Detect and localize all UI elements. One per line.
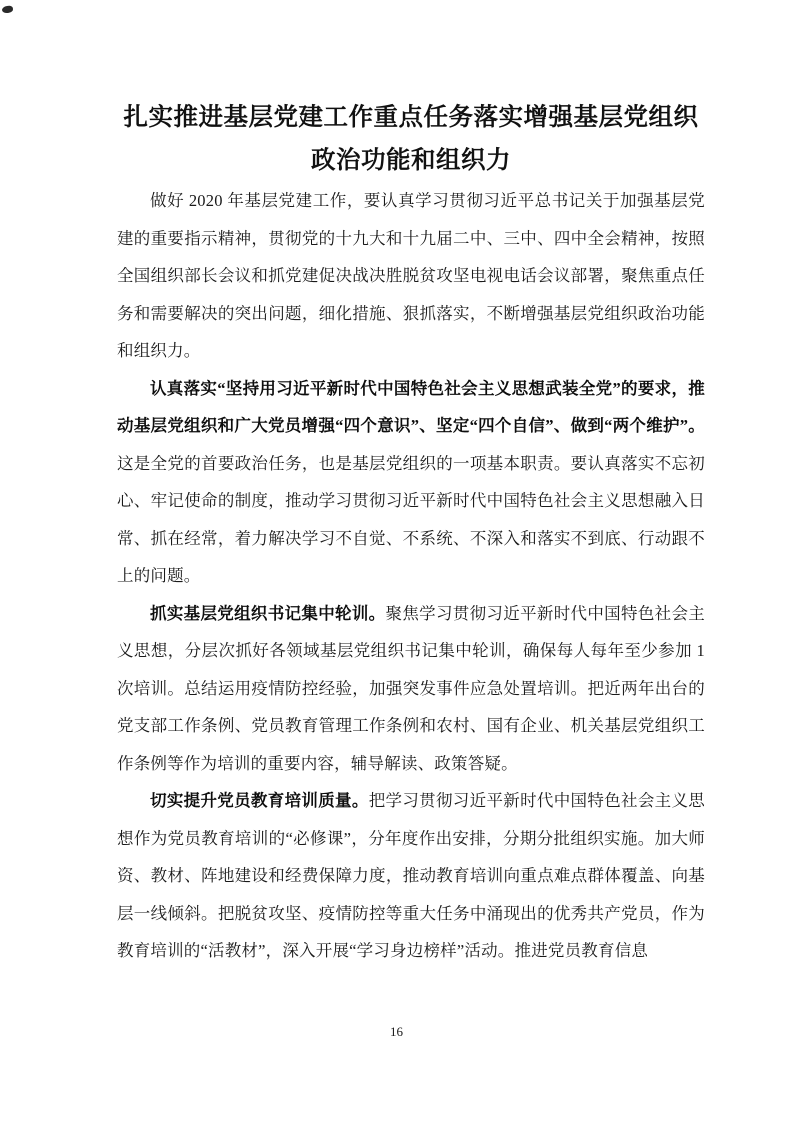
page-number: 16 bbox=[0, 1024, 793, 1040]
paragraph-4: 切实提升党员教育培训质量。把学习贯彻习近平新时代中国特色社会主义思想作为党员教育… bbox=[117, 782, 705, 970]
scan-artifact-speck bbox=[2, 5, 14, 13]
paragraph-3-lead-bold: 抓实基层党组织书记集中轮训。 bbox=[150, 604, 386, 623]
document-content: 扎实推进基层党建工作重点任务落实增强基层党组织政治功能和组织力 做好 2020 … bbox=[117, 0, 705, 970]
paragraph-2: 认真落实“坚持用习近平新时代中国特色社会主义思想武装全党”的要求，推动基层党组织… bbox=[117, 370, 705, 595]
document-page: 扎实推进基层党建工作重点任务落实增强基层党组织政治功能和组织力 做好 2020 … bbox=[0, 0, 793, 1122]
paragraph-4-lead-bold: 切实提升党员教育培训质量。 bbox=[150, 791, 369, 810]
document-title: 扎实推进基层党建工作重点任务落实增强基层党组织政治功能和组织力 bbox=[117, 96, 705, 182]
paragraph-3: 抓实基层党组织书记集中轮训。聚焦学习贯彻习近平新时代中国特色社会主义思想，分层次… bbox=[117, 595, 705, 783]
paragraph-2-text: 这是全党的首要政治任务，也是基层党组织的一项基本职责。要认真落实不忘初心、牢记使… bbox=[117, 454, 705, 586]
paragraph-3-text: 聚焦学习贯彻习近平新时代中国特色社会主义思想，分层次抓好各领域基层党组织书记集中… bbox=[117, 604, 705, 773]
paragraph-1-text: 做好 2020 年基层党建工作，要认真学习贯彻习近平总书记关于加强基层党建的重要… bbox=[117, 191, 705, 360]
paragraph-4-text: 把学习贯彻习近平新时代中国特色社会主义思想作为党员教育培训的“必修课”，分年度作… bbox=[117, 791, 705, 960]
paragraph-2-lead-bold: 认真落实“坚持用习近平新时代中国特色社会主义思想武装全党”的要求，推动基层党组织… bbox=[117, 379, 705, 436]
paragraph-1: 做好 2020 年基层党建工作，要认真学习贯彻习近平总书记关于加强基层党建的重要… bbox=[117, 182, 705, 370]
